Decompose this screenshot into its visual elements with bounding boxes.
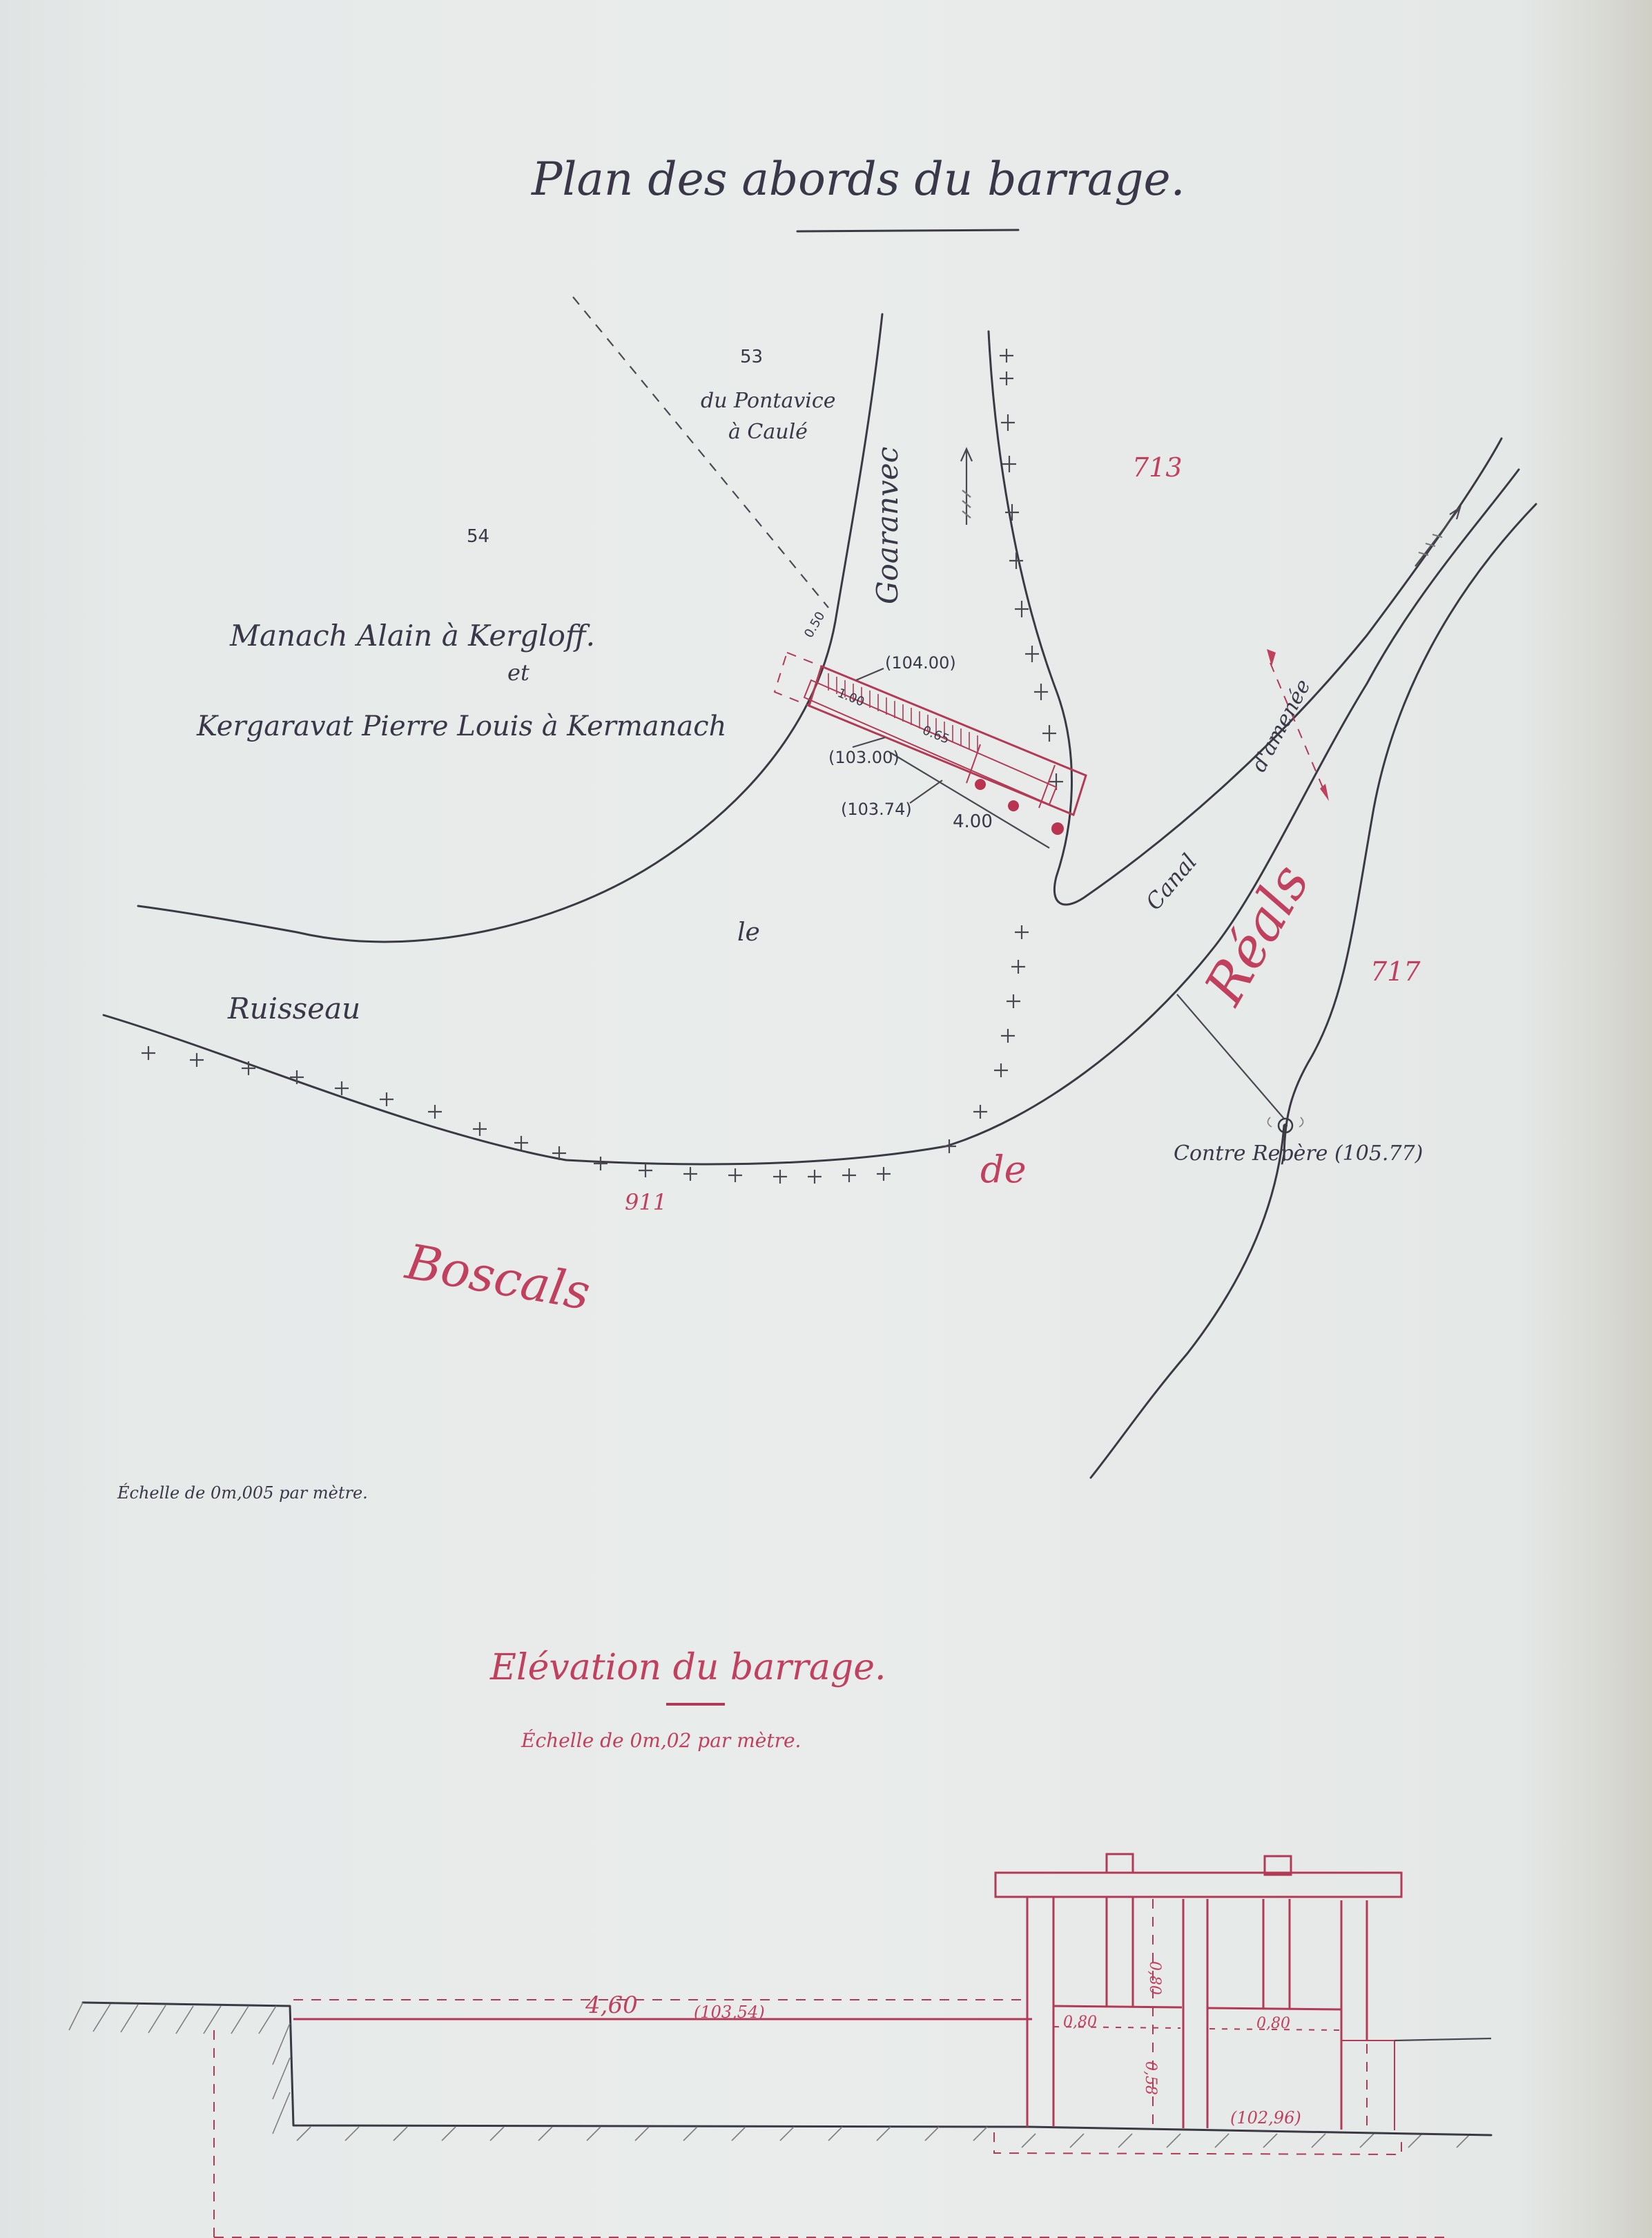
elevation-title: Elévation du barrage. <box>489 1647 886 1688</box>
label-boscals: Boscals <box>400 1233 594 1322</box>
elevation-height-upper: 0,80 <box>1146 1961 1163 1995</box>
drawing-sheet: Plan des abords du barrage. <box>0 0 1652 2238</box>
elevation-gate-width-2: 0,80 <box>1256 2015 1290 2032</box>
canal-inner-bank <box>104 470 1519 1164</box>
label-reals: Réals <box>1193 854 1322 1016</box>
drawing-canvas: Plan des abords du barrage. <box>0 0 1652 2238</box>
parcel-53-number: 53 <box>740 347 763 367</box>
dam-post-1 <box>975 779 986 790</box>
dam-post-2 <box>1008 800 1019 811</box>
plan-title: Plan des abords du barrage. <box>531 153 1185 206</box>
label-le: le <box>737 918 760 947</box>
label-de: de <box>980 1148 1027 1191</box>
lower-boundary-line <box>1091 1126 1284 1478</box>
dam-width-label: 4.00 <box>953 811 993 832</box>
parcel-53-owner-line1: du Pontavice <box>701 389 835 413</box>
flow-arrow-canal-icon <box>1415 508 1460 566</box>
dam-elevation-top: (104.00) <box>885 653 956 673</box>
label-canal: Canal <box>1140 849 1202 915</box>
elevation-dim-span: 4,60 <box>585 1991 638 2019</box>
label-goaranvec: Goaranvec <box>871 447 904 604</box>
flow-arrow-goaranvec-icon <box>961 449 972 525</box>
parcel-717-boundary <box>1284 504 1536 1160</box>
dam-elevation-left: (103.00) <box>828 748 900 767</box>
label-ruisseau: Ruisseau <box>227 992 360 1025</box>
dam-elevation-bottom: (103.74) <box>841 800 912 819</box>
parcel-911-number: 911 <box>625 1189 667 1215</box>
plan-map <box>104 297 1536 1478</box>
parcel-54-number: 54 <box>467 526 489 547</box>
plan-title-underline <box>797 230 1018 231</box>
parcel-717-number: 717 <box>1370 956 1421 987</box>
dam-dim-065: 0.65 <box>920 723 951 746</box>
elevation-water-level: (103,54) <box>694 2003 765 2022</box>
plan-scale: Échelle de 0m,005 par mètre. <box>117 1483 368 1503</box>
parcel-54-owner-line1: Manach Alain à Kergloff. <box>229 619 595 653</box>
parcel-53-owner-line2: à Caulé <box>728 420 808 444</box>
parcel-54-owner-and: et <box>507 659 529 686</box>
benchmark-label: Contre Repère (105.77) <box>1174 1141 1423 1166</box>
benchmark-tie-line <box>1177 994 1284 1119</box>
dam-post-3 <box>1051 822 1064 835</box>
parcel-boundary-dashed <box>573 297 828 608</box>
property-limit-crosses <box>142 349 1063 1184</box>
parcel-713-number: 713 <box>1132 452 1183 483</box>
dam-elevation-drawing <box>69 1854 1491 2237</box>
parcel-54-owner-line2: Kergaravat Pierre Louis à Kermanach <box>196 711 726 742</box>
elevation-sill-level: (102,96) <box>1230 2108 1301 2128</box>
goaranvec-right-bank <box>989 331 1502 905</box>
dam-dim-050: 0.50 <box>801 609 828 640</box>
elevation-gate-width-1: 0,80 <box>1063 2014 1097 2031</box>
elevation-scale: Échelle de 0m,02 par mètre. <box>521 1729 801 1752</box>
label-d-amenee: d'amenée <box>1247 675 1316 776</box>
dam-plan <box>775 653 1086 848</box>
elevation-height-lower: 0,58 <box>1142 2061 1159 2095</box>
